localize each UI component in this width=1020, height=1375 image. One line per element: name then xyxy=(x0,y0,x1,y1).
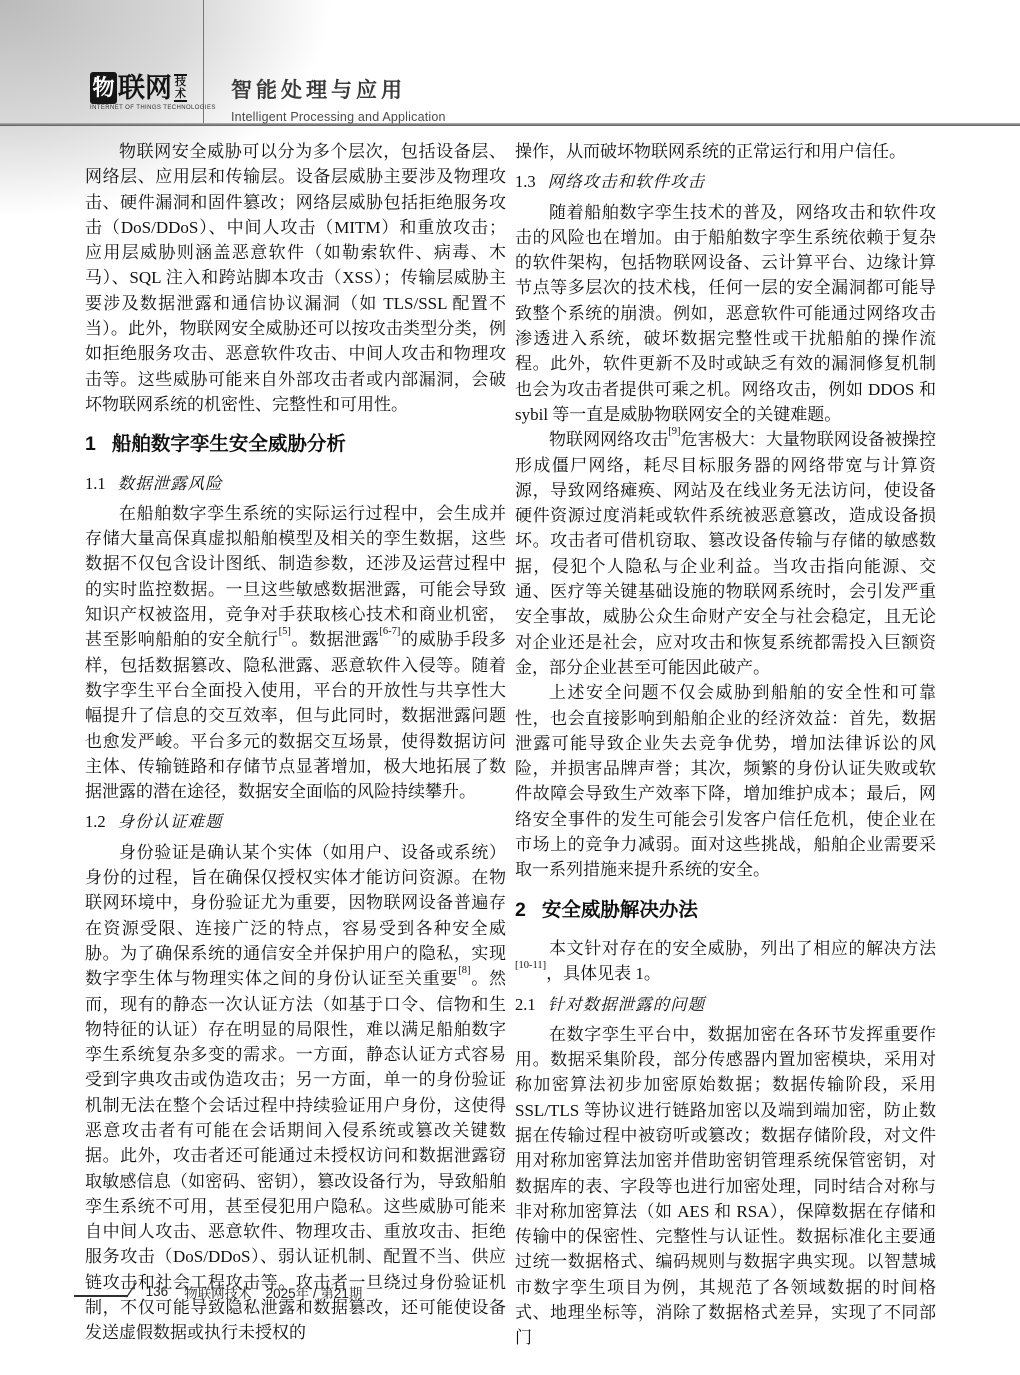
footer-rule xyxy=(74,1295,128,1297)
section-number: 1.3 xyxy=(515,172,536,191)
journal-logo-row: 物 联网 技 术 xyxy=(90,72,200,104)
section-heading: 1船舶数字孪生安全威胁分析 xyxy=(85,432,506,457)
footer-slash: / xyxy=(126,1280,136,1303)
header-horizontal-rule xyxy=(0,123,1020,126)
column-header: 智能处理与应用 Intelligent Processing and Appli… xyxy=(231,74,446,124)
text-column-right: 操作，从而破坏物联网系统的正常运行和用户信任。1.3网络攻击和软件攻击随着船舶数… xyxy=(515,139,936,1351)
section-title: 网络攻击和软件攻击 xyxy=(548,172,706,191)
section-number: 1.1 xyxy=(85,474,106,493)
section-number: 2.1 xyxy=(515,995,536,1014)
reference-marker: [9] xyxy=(668,426,680,437)
body-paragraph: 上述安全问题不仅会威胁到船舶的安全性和可靠性，也会直接影响到船舶企业的经济效益：… xyxy=(515,680,936,882)
column-title-en: Intelligent Processing and Application xyxy=(231,110,446,124)
body-paragraph: 在数字孪生平台中，数据加密在各环节发挥重要作用。数据采集阶段，部分传感器内置加密… xyxy=(515,1022,936,1351)
section-number: 2 xyxy=(515,899,526,921)
body-paragraph: 在船舶数字孪生系统的实际运行过程中，会生成并存储大量高保真虚拟船舶模型及相关的孪… xyxy=(85,501,506,805)
body-paragraph: 物联网安全威胁可以分为多个层次，包括设备层、网络层、应用层和传输层。设备层威胁主… xyxy=(85,139,506,417)
section-number: 1.2 xyxy=(85,812,106,831)
footer-issue: 2025年 / 第21期 xyxy=(266,1282,363,1302)
reference-marker: [10-11] xyxy=(515,960,546,971)
section-title: 身份认证难题 xyxy=(118,812,223,831)
section-title: 船舶数字孪生安全威胁分析 xyxy=(112,433,346,455)
body-paragraph: 物联网网络攻击[9]危害极大：大量物联网设备被操控形成僵尸网络，耗尽目标服务器的… xyxy=(515,427,936,680)
reference-marker: [8] xyxy=(458,965,470,976)
footer-journal-name: 物联网技术 xyxy=(184,1282,252,1302)
logo-side-top: 技 xyxy=(175,76,186,88)
body-paragraph: 随着船舶数字孪生技术的普及，网络攻击和软件攻击的风险也在增加。由于船舶数字孪生系… xyxy=(515,200,936,428)
page-footer: / 136 物联网技术 2025年 / 第21期 xyxy=(74,1280,362,1303)
logo-main-text: 联网 xyxy=(118,72,172,104)
journal-logo: 物 联网 技 术 INTERNET OF THINGS TECHNOLOGIES xyxy=(90,72,200,111)
logo-side-text: 技 术 xyxy=(174,74,187,102)
body-paragraph: 本文针对存在的安全威胁，列出了相应的解决方法[10-11]，具体见表 1。 xyxy=(515,936,936,987)
section-heading: 2安全威胁解决办法 xyxy=(515,898,936,923)
reference-marker: [5] xyxy=(279,626,291,637)
logo-side-bottom: 术 xyxy=(175,88,186,100)
subsection-heading: 1.2身份认证难题 xyxy=(85,809,506,834)
subsection-heading: 2.1针对数据泄露的问题 xyxy=(515,992,936,1017)
journal-page: 物 联网 技 术 INTERNET OF THINGS TECHNOLOGIES… xyxy=(0,0,1020,1375)
subsection-heading: 1.1数据泄露风险 xyxy=(85,471,506,496)
logo-subtitle: INTERNET OF THINGS TECHNOLOGIES xyxy=(90,105,200,111)
reference-marker: [6-7] xyxy=(379,626,400,637)
section-number: 1 xyxy=(85,433,96,455)
section-title: 安全威胁解决办法 xyxy=(542,899,698,921)
body-paragraph: 身份验证是确认某个实体（如用户、设备或系统）身份的过程，旨在确保仅授权实体才能访… xyxy=(85,840,506,1346)
section-title: 针对数据泄露的问题 xyxy=(548,995,706,1014)
text-column-left: 物联网安全威胁可以分为多个层次，包括设备层、网络层、应用层和传输层。设备层威胁主… xyxy=(85,139,506,1346)
footer-page-number: 136 xyxy=(146,1284,169,1299)
logo-first-char: 物 xyxy=(90,72,117,104)
section-title: 数据泄露风险 xyxy=(118,474,223,493)
column-title-cn: 智能处理与应用 xyxy=(231,74,446,104)
subsection-heading: 1.3网络攻击和软件攻击 xyxy=(515,169,936,194)
body-paragraph: 操作，从而破坏物联网系统的正常运行和用户信任。 xyxy=(515,139,936,164)
